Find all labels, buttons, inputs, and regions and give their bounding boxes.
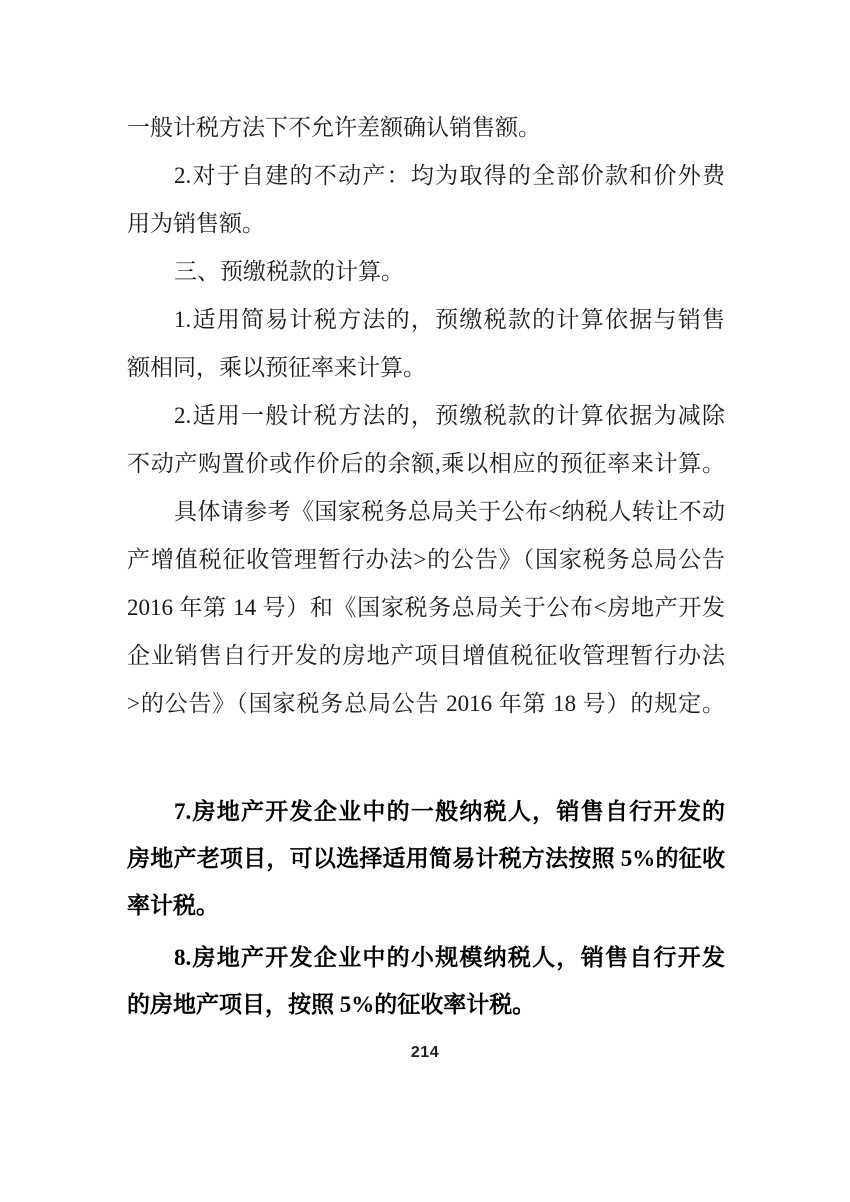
paragraph: 2.适用一般计税方法的，预缴税款的计算依据为减除不动产购置价或作价后的余额,乘以…	[127, 392, 725, 488]
text-line: 2.适用一般计税方法的，预缴税款的计算依据为减除	[127, 392, 725, 440]
paragraph: 一般计税方法下不允许差额确认销售额。	[127, 104, 725, 152]
bold-text-section: 7.房地产开发企业中的一般纳税人，销售自行开发的房地产老项目，可以选择适用简易计…	[127, 788, 725, 1028]
text-line: 的房地产项目，按照 5%的征收率计税。	[127, 981, 725, 1028]
paragraph: 1.适用简易计税方法的，预缴税款的计算依据与销售额相同，乘以预征率来计算。	[127, 296, 725, 392]
paragraph: 7.房地产开发企业中的一般纳税人，销售自行开发的房地产老项目，可以选择适用简易计…	[127, 788, 725, 929]
text-line: 额相同，乘以预征率来计算。	[127, 344, 725, 392]
text-line: 2016 年第 14 号）和《国家税务总局关于公布<房地产开发	[127, 584, 725, 632]
text-line: >的公告》（国家税务总局公告 2016 年第 18 号）的规定。	[127, 680, 725, 728]
text-line: 三、预缴税款的计算。	[127, 248, 725, 296]
document-page: 一般计税方法下不允许差额确认销售额。2.对于自建的不动产：均为取得的全部价款和价…	[0, 0, 850, 1202]
text-line: 具体请参考《国家税务总局关于公布<纳税人转让不动	[127, 488, 725, 536]
paragraph: 2.对于自建的不动产：均为取得的全部价款和价外费用为销售额。	[127, 152, 725, 248]
text-line: 8.房地产开发企业中的小规模纳税人，销售自行开发	[127, 934, 725, 981]
page-body: 一般计税方法下不允许差额确认销售额。2.对于自建的不动产：均为取得的全部价款和价…	[127, 104, 725, 1028]
page-number: 214	[0, 1044, 850, 1062]
paragraph: 三、预缴税款的计算。	[127, 248, 725, 296]
text-line: 一般计税方法下不允许差额确认销售额。	[127, 104, 725, 152]
paragraph: 8.房地产开发企业中的小规模纳税人，销售自行开发的房地产项目，按照 5%的征收率…	[127, 934, 725, 1028]
text-line: 产增值税征收管理暂行办法>的公告》（国家税务总局公告	[127, 536, 725, 584]
text-line: 不动产购置价或作价后的余额,乘以相应的预征率来计算。	[127, 440, 725, 488]
main-text-section: 一般计税方法下不允许差额确认销售额。2.对于自建的不动产：均为取得的全部价款和价…	[127, 104, 725, 728]
text-line: 房地产老项目，可以选择适用简易计税方法按照 5%的征收	[127, 835, 725, 882]
text-line: 2.对于自建的不动产：均为取得的全部价款和价外费	[127, 152, 725, 200]
paragraph: 具体请参考《国家税务总局关于公布<纳税人转让不动产增值税征收管理暂行办法>的公告…	[127, 488, 725, 728]
text-line: 企业销售自行开发的房地产项目增值税征收管理暂行办法	[127, 632, 725, 680]
text-line: 7.房地产开发企业中的一般纳税人，销售自行开发的	[127, 788, 725, 835]
text-line: 1.适用简易计税方法的，预缴税款的计算依据与销售	[127, 296, 725, 344]
text-line: 用为销售额。	[127, 200, 725, 248]
text-line: 率计税。	[127, 882, 725, 929]
